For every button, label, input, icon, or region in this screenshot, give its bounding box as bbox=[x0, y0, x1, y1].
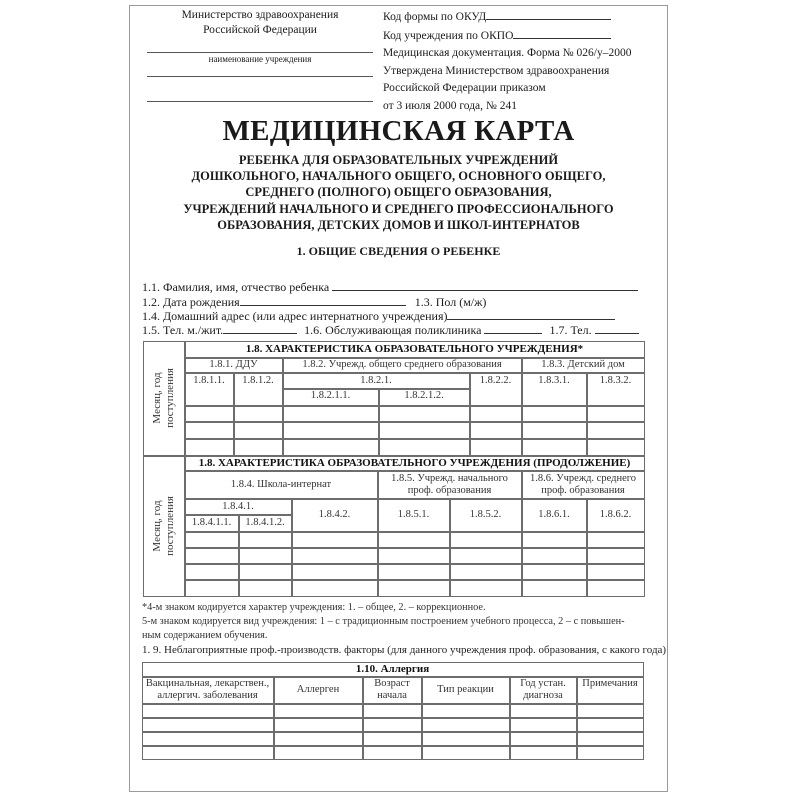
institution-table-cell[interactable] bbox=[470, 406, 522, 423]
allergy-table-cell[interactable] bbox=[363, 746, 422, 760]
column-header: 1.8.4.1.1. bbox=[185, 515, 239, 532]
allergy-column-header: Аллерген bbox=[274, 677, 363, 704]
ministry-line-1: Министерство здравоохранения bbox=[147, 8, 373, 23]
okpo-label: Код учреждения по ОКПО bbox=[383, 30, 513, 42]
allergy-table-title: 1.10. Аллергия bbox=[142, 662, 644, 677]
allergy-table-cell[interactable] bbox=[577, 732, 644, 746]
allergy-table-cell[interactable] bbox=[422, 746, 510, 760]
institution-table-cell[interactable] bbox=[283, 422, 379, 439]
allergy-column-header: Год устан. диагноза bbox=[510, 677, 577, 704]
allergy-column-header: Вакцинальная, лекарствен., аллергич. заб… bbox=[142, 677, 274, 704]
document-subtitle: РЕБЕНКА ДЛЯ ОБРАЗОВАТЕЛЬНЫХ УЧРЕЖДЕНИЙ Д… bbox=[129, 152, 668, 233]
allergy-table-cell[interactable] bbox=[510, 718, 577, 732]
institution-table-continued-cell[interactable] bbox=[185, 532, 239, 548]
institution-table-continued-cell[interactable] bbox=[185, 564, 239, 580]
clinic-input[interactable] bbox=[484, 322, 542, 334]
subtitle-line: СРЕДНЕГО (ПОЛНОГО) ОБЩЕГО ОБРАЗОВАНИЯ, bbox=[129, 184, 668, 200]
allergy-table-cell[interactable] bbox=[577, 746, 644, 760]
birth-date-label: 1.2. Дата рождения bbox=[142, 295, 240, 309]
group-header: 1.8.2. Учрежд. общего среднего образован… bbox=[283, 358, 522, 373]
clinic-phone-input[interactable] bbox=[595, 322, 639, 334]
table-title: 1.8. ХАРАКТЕРИСТИКА ОБРАЗОВАТЕЛЬНОГО УЧР… bbox=[185, 456, 645, 471]
column-header: 1.8.2.1.2. bbox=[379, 389, 470, 406]
allergy-table-cell[interactable] bbox=[577, 718, 644, 732]
institution-caption: наименование учреждения bbox=[147, 54, 373, 64]
column-header: 1.8.1.2. bbox=[234, 373, 283, 406]
occupational-factors-label: 1. 9. Неблагоприятные проф.-производств.… bbox=[142, 644, 666, 656]
institution-table-continued-cell[interactable] bbox=[378, 548, 450, 564]
allergy-table-cell[interactable] bbox=[422, 732, 510, 746]
allergy-table-cell[interactable] bbox=[422, 704, 510, 718]
allergy-table-cell[interactable] bbox=[274, 746, 363, 760]
institution-table-continued-cell[interactable] bbox=[378, 580, 450, 596]
allergy-table-cell[interactable] bbox=[422, 718, 510, 732]
allergy-table-cell[interactable] bbox=[142, 704, 274, 718]
institution-table-continued-cell[interactable] bbox=[239, 580, 292, 596]
institution-table-cell[interactable] bbox=[470, 422, 522, 439]
column-header: 1.8.6.1. bbox=[522, 499, 587, 532]
address-label: 1.4. Домашний адрес (или адрес интернатн… bbox=[142, 309, 447, 323]
form-number: Медицинская документация. Форма № 026/у–… bbox=[383, 45, 631, 63]
institution-table-continued-cell[interactable] bbox=[522, 564, 587, 580]
side-label-cell: Месяц, год поступления bbox=[143, 456, 185, 597]
subtitle-line: ДОШКОЛЬНОГО, НАЧАЛЬНОГО ОБЩЕГО, ОСНОВНОГ… bbox=[129, 168, 668, 184]
institution-table-continued-cell[interactable] bbox=[185, 548, 239, 564]
institution-name-line-2[interactable] bbox=[147, 76, 373, 77]
institution-name-line-1[interactable] bbox=[147, 52, 373, 53]
institution-table-cell[interactable] bbox=[587, 422, 645, 439]
allergy-table-cell[interactable] bbox=[142, 746, 274, 760]
subtitle-line: РЕБЕНКА ДЛЯ ОБРАЗОВАТЕЛЬНЫХ УЧРЕЖДЕНИЙ bbox=[129, 152, 668, 168]
sex-label: 1.3. Пол (м/ж) bbox=[415, 295, 487, 309]
institution-table-cell[interactable] bbox=[587, 439, 645, 456]
group-header: 1.8.6. Учрежд. среднегопроф. образования bbox=[522, 471, 645, 499]
home-phone-label: 1.5. Тел. м./жит. bbox=[142, 323, 223, 337]
approved-line-2: Российской Федерации приказом bbox=[383, 80, 631, 98]
column-header: 1.8.5.2. bbox=[450, 499, 522, 532]
institution-table-cell[interactable] bbox=[185, 422, 234, 439]
section-1-title: 1. ОБЩИЕ СВЕДЕНИЯ О РЕБЕНКЕ bbox=[129, 244, 668, 259]
institution-table-cell[interactable] bbox=[379, 422, 470, 439]
institution-table-continued-cell[interactable] bbox=[587, 532, 645, 548]
institution-table-cell[interactable] bbox=[522, 439, 587, 456]
column-header: 1.8.2.1. bbox=[283, 373, 470, 389]
birth-date-input[interactable] bbox=[240, 294, 406, 306]
institution-table-cell[interactable] bbox=[522, 422, 587, 439]
institution-table-continued-cell[interactable] bbox=[378, 532, 450, 548]
group-header: 1.8.3. Детский дом bbox=[522, 358, 645, 373]
allergy-table-cell[interactable] bbox=[363, 718, 422, 732]
approved-line-3: от 3 июля 2000 года, № 241 bbox=[383, 98, 631, 116]
okud-label: Код формы по ОКУД bbox=[383, 11, 486, 23]
okud-input[interactable] bbox=[486, 8, 611, 20]
institution-table-cell[interactable] bbox=[522, 406, 587, 423]
admission-date-label: Месяц, год поступления bbox=[151, 368, 177, 428]
field-full-name: 1.1. Фамилия, имя, отчество ребенка bbox=[142, 279, 638, 295]
institution-table-continued-cell[interactable] bbox=[292, 548, 378, 564]
allergy-column-header: Тип реакции bbox=[422, 677, 510, 704]
clinic-phone-label: 1.7. Тел. bbox=[549, 323, 591, 337]
okpo-field: Код учреждения по ОКПО bbox=[383, 27, 631, 46]
okud-field: Код формы по ОКУД bbox=[383, 8, 631, 27]
subtitle-line: ОБРАЗОВАНИЯ, ДЕТСКИХ ДОМОВ И ШКОЛ-ИНТЕРН… bbox=[129, 217, 668, 233]
allergy-table-cell[interactable] bbox=[363, 732, 422, 746]
institution-table-continued-cell[interactable] bbox=[450, 532, 522, 548]
okpo-input[interactable] bbox=[513, 27, 611, 39]
column-header: 1.8.1.1. bbox=[185, 373, 234, 406]
home-phone-input[interactable] bbox=[223, 322, 297, 334]
column-header: 1.8.4.1.2. bbox=[239, 515, 292, 532]
full-name-input[interactable] bbox=[332, 279, 638, 291]
institution-table-cell[interactable] bbox=[283, 406, 379, 423]
document-title: МЕДИЦИНСКАЯ КАРТА bbox=[129, 115, 668, 147]
institution-table-continued-cell[interactable] bbox=[522, 548, 587, 564]
footnote-line-3: ным содержанием обучения. bbox=[142, 629, 268, 643]
institution-table-continued-cell[interactable] bbox=[239, 532, 292, 548]
allergy-column-header: Примечания bbox=[577, 677, 644, 704]
allergy-column-header: Возраст начала bbox=[363, 677, 422, 704]
subtitle-line: УЧРЕЖДЕНИЙ НАЧАЛЬНОГО И СРЕДНЕГО ПРОФЕСС… bbox=[129, 201, 668, 217]
allergy-table-cell[interactable] bbox=[363, 704, 422, 718]
allergy-table-cell[interactable] bbox=[577, 704, 644, 718]
clinic-label: 1.6. Обслуживающая поликлиника bbox=[304, 323, 481, 337]
ministry-block: Министерство здравоохранения Российской … bbox=[147, 8, 373, 38]
allergy-table-cell[interactable] bbox=[274, 718, 363, 732]
institution-name-line-3[interactable] bbox=[147, 101, 373, 102]
institution-table-continued-cell[interactable] bbox=[185, 580, 239, 596]
institution-table-cell[interactable] bbox=[234, 422, 283, 439]
column-header: 1.8.3.1. bbox=[522, 373, 587, 406]
institution-table-cell[interactable] bbox=[185, 406, 234, 423]
institution-table-continued-cell[interactable] bbox=[378, 564, 450, 580]
institution-table-cell[interactable] bbox=[470, 439, 522, 456]
institution-table-continued-cell[interactable] bbox=[587, 564, 645, 580]
institution-table-cell[interactable] bbox=[379, 406, 470, 423]
table-title: 1.8. ХАРАКТЕРИСТИКА ОБРАЗОВАТЕЛЬНОГО УЧР… bbox=[185, 341, 645, 358]
address-input[interactable] bbox=[447, 308, 615, 320]
institution-table-continued-cell[interactable] bbox=[522, 532, 587, 548]
allergy-table-cell[interactable] bbox=[142, 718, 274, 732]
institution-table-continued-cell[interactable] bbox=[587, 548, 645, 564]
allergy-table-cell[interactable] bbox=[274, 704, 363, 718]
institution-table-cell[interactable] bbox=[587, 406, 645, 423]
admission-date-label: Месяц, год поступления bbox=[151, 496, 177, 556]
institution-table-cell[interactable] bbox=[234, 406, 283, 423]
institution-table-continued-cell[interactable] bbox=[522, 580, 587, 596]
column-header: 1.8.4.1. bbox=[185, 499, 292, 515]
group-header: 1.8.1. ДДУ bbox=[185, 358, 283, 373]
institution-table-continued-cell[interactable] bbox=[239, 564, 292, 580]
institution-table-continued-cell[interactable] bbox=[587, 580, 645, 596]
column-header: 1.8.6.2. bbox=[587, 499, 645, 532]
institution-table-continued-cell[interactable] bbox=[450, 580, 522, 596]
institution-table-cell[interactable] bbox=[379, 439, 470, 456]
allergy-table-cell[interactable] bbox=[510, 746, 577, 760]
ministry-line-2: Российской Федерации bbox=[147, 23, 373, 38]
institution-table-continued-cell[interactable] bbox=[450, 564, 522, 580]
allergy-table-cell[interactable] bbox=[274, 732, 363, 746]
institution-table-cell[interactable] bbox=[234, 439, 283, 456]
institution-table-continued-cell[interactable] bbox=[292, 580, 378, 596]
column-header: 1.8.5.1. bbox=[378, 499, 450, 532]
footnote-line-2: 5-м знаком кодируется вид учреждения: 1 … bbox=[142, 615, 625, 629]
form-info-block: Код формы по ОКУД Код учреждения по ОКПО… bbox=[383, 8, 631, 115]
allergy-table-cell[interactable] bbox=[142, 732, 274, 746]
allergy-table-cell[interactable] bbox=[510, 704, 577, 718]
field-phones: 1.5. Тел. м./жит. 1.6. Обслуживающая пол… bbox=[142, 322, 639, 338]
institution-table-continued-cell[interactable] bbox=[292, 532, 378, 548]
column-header: 1.8.4.2. bbox=[292, 499, 378, 532]
allergy-table-cell[interactable] bbox=[510, 732, 577, 746]
institution-table-cell[interactable] bbox=[185, 439, 234, 456]
institution-table-cell[interactable] bbox=[283, 439, 379, 456]
group-header: 1.8.5. Учрежд. начальногопроф. образован… bbox=[378, 471, 522, 499]
institution-table-continued-cell[interactable] bbox=[292, 564, 378, 580]
column-header: 1.8.2.1.1. bbox=[283, 389, 379, 406]
column-header: 1.8.2.2. bbox=[470, 373, 522, 406]
approved-line-1: Утверждена Министерством здравоохранения bbox=[383, 63, 631, 81]
footnote-line-1: *4-м знаком кодируется характер учрежден… bbox=[142, 601, 486, 615]
institution-table-continued-cell[interactable] bbox=[239, 548, 292, 564]
group-header: 1.8.4. Школа-интернат bbox=[185, 471, 378, 499]
institution-table-continued-cell[interactable] bbox=[450, 548, 522, 564]
column-header: 1.8.3.2. bbox=[587, 373, 645, 406]
full-name-label: 1.1. Фамилия, имя, отчество ребенка bbox=[142, 280, 329, 294]
side-label-cell: Месяц, год поступления bbox=[143, 341, 185, 456]
